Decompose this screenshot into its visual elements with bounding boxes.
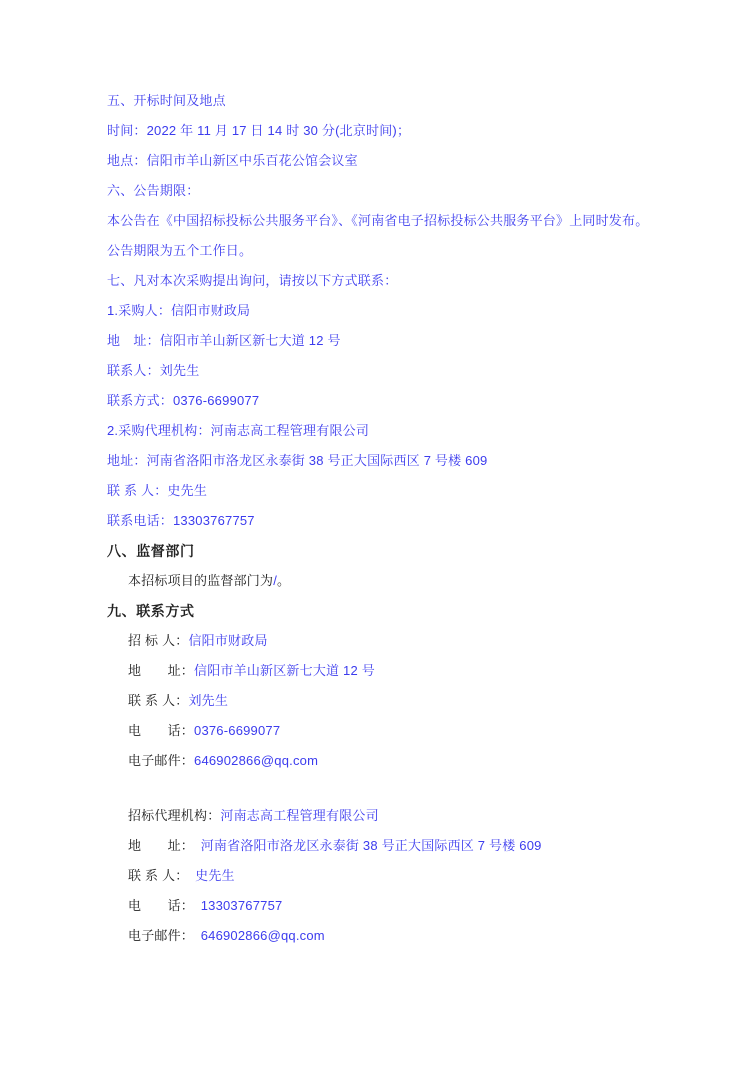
bid-opening-location: 地点：信阳市羊山新区中乐百花公馆会议室 [107, 146, 692, 176]
text-segment: 2.采购代理机构：河南志高工程管理有限公司 [107, 423, 369, 438]
agency-contact-person: 联 系 人：史先生 [107, 476, 692, 506]
text-segment: 九、联系方式 [107, 603, 195, 619]
text-segment: 本公告在《中国招标投标公共服务平台》、《河南省电子招标投标公共服务平台》上同时发… [107, 213, 648, 228]
text-segment: 电子邮件： [128, 753, 194, 768]
text-segment: 地 址： [128, 838, 188, 853]
text-segment: 地点：信阳市羊山新区中乐百花公馆会议室 [107, 153, 358, 168]
supervision-dept-value: 本招标项目的监督部门为/。 [107, 566, 692, 596]
tender-agency-name: 招标代理机构：河南志高工程管理有限公司 [107, 801, 692, 831]
text-segment: 联 系 人： [128, 868, 182, 883]
text-segment: 公告期限为五个工作日。 [107, 243, 252, 258]
text-segment: 招 标 人： [128, 633, 188, 648]
text-segment: 地址：河南省洛阳市洛龙区永泰街 38 号正大国际西区 7 号楼 609 [107, 453, 487, 468]
text-segment: 13303767757 [188, 898, 283, 913]
blank-line [107, 776, 692, 801]
text-segment: 地 址：信阳市羊山新区新七大道 12 号 [107, 333, 341, 348]
heading-bid-opening: 五、开标时间及地点 [107, 86, 692, 116]
text-segment: 联 系 人：史先生 [107, 483, 207, 498]
tender-agency-contact-person: 联 系 人： 史先生 [107, 861, 692, 891]
agency-contact-phone: 联系电话：13303767757 [107, 506, 692, 536]
text-segment: 646902866@qq.com [194, 753, 318, 768]
agency-address: 地址：河南省洛阳市洛龙区永泰街 38 号正大国际西区 7 号楼 609 [107, 446, 692, 476]
text-segment: 时间：2022 年 11 月 17 日 14 时 30 分(北京时间)； [107, 123, 410, 138]
text-segment: 史先生 [182, 868, 235, 883]
text-segment: 联系方式：0376-6699077 [107, 393, 259, 408]
text-segment: 信阳市羊山新区新七大道 12 号 [194, 663, 375, 678]
text-segment: 0376-6699077 [194, 723, 280, 738]
heading-inquiry-contact: 七、凡对本次采购提出询问，请按以下方式联系： [107, 266, 692, 296]
text-segment: 电子邮件： [128, 928, 188, 943]
text-segment: 1.采购人：信阳市财政局 [107, 303, 250, 318]
tender-agency-phone: 电 话： 13303767757 [107, 891, 692, 921]
text-segment: 招标代理机构： [128, 808, 220, 823]
text-segment: 联 系 人： [128, 693, 188, 708]
tenderer-contact-person: 联 系 人：刘先生 [107, 686, 692, 716]
text-segment: 。 [277, 573, 290, 588]
purchaser-name: 1.采购人：信阳市财政局 [107, 296, 692, 326]
text-segment: 刘先生 [188, 693, 228, 708]
agency-name: 2.采购代理机构：河南志高工程管理有限公司 [107, 416, 692, 446]
tenderer-address: 地 址：信阳市羊山新区新七大道 12 号 [107, 656, 692, 686]
text-segment: 电 话： [128, 723, 194, 738]
tenderer-phone: 电 话：0376-6699077 [107, 716, 692, 746]
text-segment: 地 址： [128, 663, 194, 678]
text-segment: 电 话： [128, 898, 188, 913]
document-body: 五、开标时间及地点时间：2022 年 11 月 17 日 14 时 30 分(北… [107, 86, 692, 951]
purchaser-contact-phone: 联系方式：0376-6699077 [107, 386, 692, 416]
text-segment: 信阳市财政局 [188, 633, 267, 648]
heading-announcement-period: 六、公告期限： [107, 176, 692, 206]
tender-agency-email: 电子邮件： 646902866@qq.com [107, 921, 692, 951]
text-segment: 联系人：刘先生 [107, 363, 199, 378]
purchaser-address: 地 址：信阳市羊山新区新七大道 12 号 [107, 326, 692, 356]
tender-agency-address: 地 址： 河南省洛阳市洛龙区永泰街 38 号正大国际西区 7 号楼 609 [107, 831, 692, 861]
document-page: 五、开标时间及地点时间：2022 年 11 月 17 日 14 时 30 分(北… [0, 0, 752, 1069]
purchaser-contact-person: 联系人：刘先生 [107, 356, 692, 386]
heading-supervision-dept: 八、监督部门 [107, 536, 692, 566]
announcement-duration: 公告期限为五个工作日。 [107, 236, 692, 266]
tenderer-email: 电子邮件：646902866@qq.com [107, 746, 692, 776]
text-segment: 六、公告期限： [107, 183, 199, 198]
text-segment: 五、开标时间及地点 [107, 93, 226, 108]
text-segment: 八、监督部门 [107, 543, 195, 559]
text-segment: 本招标项目的监督部门为 [128, 573, 273, 588]
text-segment: 七、凡对本次采购提出询问，请按以下方式联系： [107, 273, 397, 288]
announcement-platforms: 本公告在《中国招标投标公共服务平台》、《河南省电子招标投标公共服务平台》上同时发… [107, 206, 692, 236]
text-segment: 河南省洛阳市洛龙区永泰街 38 号正大国际西区 7 号楼 609 [188, 838, 542, 853]
text-segment: 联系电话：13303767757 [107, 513, 255, 528]
text-segment: 646902866@qq.com [188, 928, 325, 943]
tenderer-name: 招 标 人：信阳市财政局 [107, 626, 692, 656]
bid-opening-time: 时间：2022 年 11 月 17 日 14 时 30 分(北京时间)； [107, 116, 692, 146]
text-segment: 河南志高工程管理有限公司 [220, 808, 378, 823]
heading-contact-info: 九、联系方式 [107, 596, 692, 626]
